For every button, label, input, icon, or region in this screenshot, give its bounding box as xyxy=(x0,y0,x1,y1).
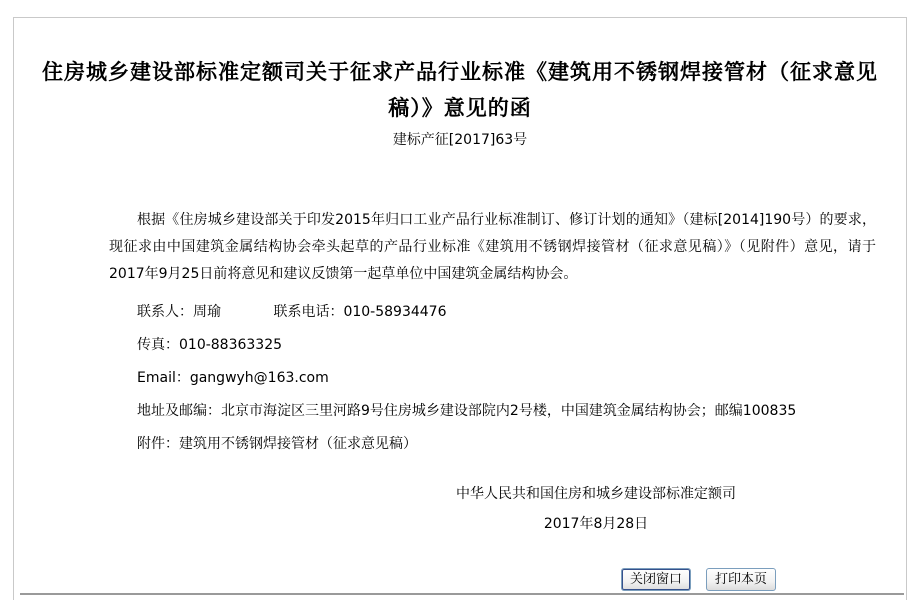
contact-person: 联系人：周瑜 xyxy=(137,304,221,320)
bottom-divider xyxy=(20,593,904,595)
document-content: 住房城乡建设部标准定额司关于征求产品行业标准《建筑用不锈钢焊接管材（征求意见稿）… xyxy=(14,18,906,534)
signature-block: 中华人民共和国住房和城乡建设部标准定额司 2017年8月28日 xyxy=(456,484,736,534)
print-page-button[interactable]: 打印本页 xyxy=(706,568,776,591)
attachment-line: 附件：建筑用不锈钢焊接管材（征求意见稿） xyxy=(109,428,876,461)
issuing-authority: 中华人民共和国住房和城乡建设部标准定额司 xyxy=(456,484,736,504)
document-number: 建标产征[2017]63号 xyxy=(14,128,906,152)
issue-date: 2017年8月28日 xyxy=(456,514,736,534)
email-line: Email：gangwyh@163.com xyxy=(109,362,876,395)
body-paragraph: 根据《住房城乡建设部关于印发2015年归口工业产品行业标准制订、修订计划的通知》… xyxy=(109,207,876,288)
contact-person-line: 联系人：周瑜 联系电话：010-58934476 xyxy=(109,296,876,329)
fax-line: 传真：010-88363325 xyxy=(109,329,876,362)
button-bar: 关闭窗口 打印本页 xyxy=(621,568,776,591)
close-window-button[interactable]: 关闭窗口 xyxy=(621,568,691,591)
address-line: 地址及邮编：北京市海淀区三里河路9号住房城乡建设部院内2号楼，中国建筑金属结构协… xyxy=(109,395,876,428)
document-title: 住房城乡建设部标准定额司关于征求产品行业标准《建筑用不锈钢焊接管材（征求意见稿）… xyxy=(39,54,881,126)
document-page: 住房城乡建设部标准定额司关于征求产品行业标准《建筑用不锈钢焊接管材（征求意见稿）… xyxy=(13,17,907,600)
contact-phone: 联系电话：010-58934476 xyxy=(273,304,446,320)
contact-section: 联系人：周瑜 联系电话：010-58934476 传真：010-88363325… xyxy=(109,296,876,461)
